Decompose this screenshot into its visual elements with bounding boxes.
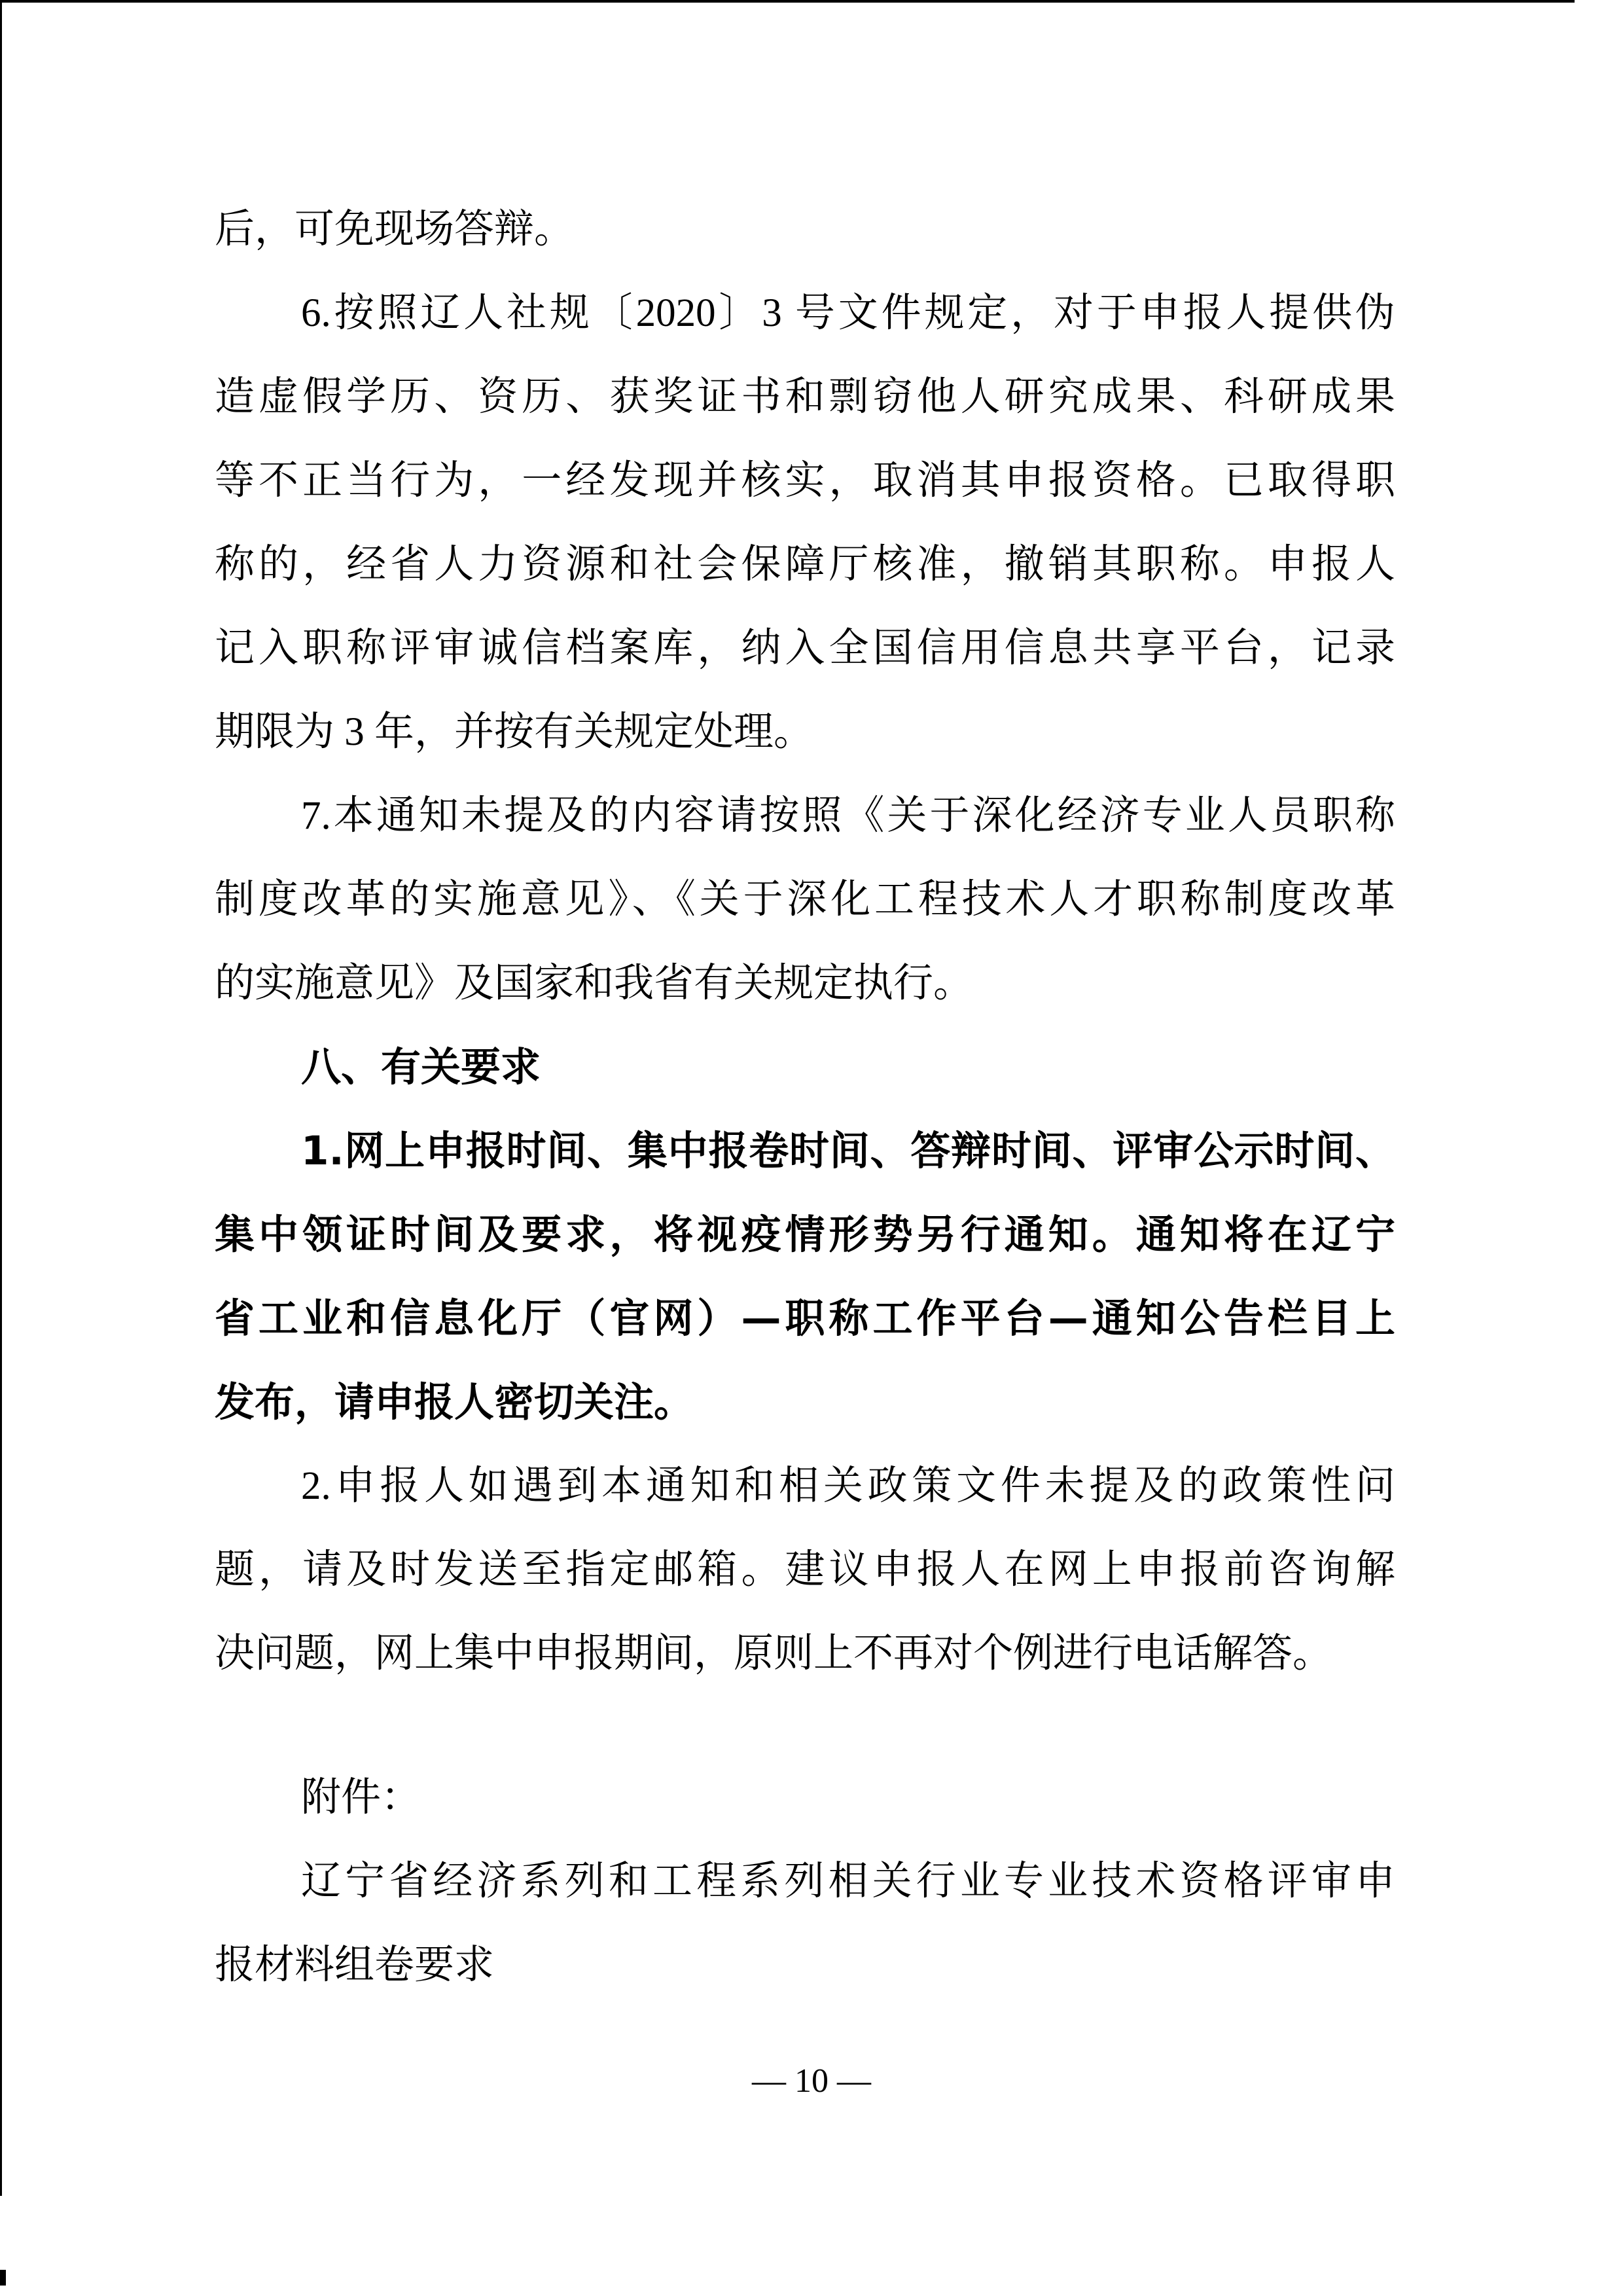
text-line: 造虚假学历、资历、获奖证书和剽窃他人研究成果、科研成果 [215,355,1395,439]
scan-artifact-bottom-tick [0,2270,6,2286]
text-line: 的实施意见》及国家和我省有关规定执行。 [215,942,1395,1026]
text-line: 1.网上申报时间、集中报卷时间、答辩时间、评审公示时间、 [215,1109,1395,1193]
document-page: { "page": { "background": "#ffffff", "te… [0,0,1623,2296]
text-line: 7.本通知未提及的内容请按照《关于深化经济专业人员职称 [215,774,1395,858]
text-line: 八、有关要求 [215,1026,1395,1109]
document-body: 后，可免现场答辩。6.按照辽人社规〔2020〕3 号文件规定，对于申报人提供伪造… [215,188,1395,2007]
text-line: 后，可免现场答辩。 [215,188,1395,272]
text-line: 称的，经省人力资源和社会保障厅核准，撤销其职称。申报人 [215,523,1395,607]
text-line: 记入职称评审诚信档案库，纳入全国信用信息共享平台，记录 [215,607,1395,691]
text-line: 附件： [215,1756,1395,1840]
text-line: 省工业和信息化厅（官网）—职称工作平台—通知公告栏目上 [215,1277,1395,1361]
text-line: 决问题，网上集中申报期间，原则上不再对个例进行电话解答。 [215,1612,1395,1696]
text-line: 辽宁省经济系列和工程系列相关行业专业技术资格评审申 [215,1840,1395,1924]
text-line: 报材料组卷要求 [215,1924,1395,2007]
text-line: 题，请及时发送至指定邮箱。建议申报人在网上申报前咨询解 [215,1528,1395,1612]
scan-artifact-top-line [0,0,1575,3]
text-line: 6.按照辽人社规〔2020〕3 号文件规定，对于申报人提供伪 [215,272,1395,355]
scan-artifact-left-line [0,0,2,2196]
text-line: 期限为 3 年，并按有关规定处理。 [215,691,1395,774]
text-line: 2.申报人如遇到本通知和相关政策文件未提及的政策性问 [215,1444,1395,1528]
page-number: — 10 — [0,2062,1623,2101]
text-line: 等不正当行为，一经发现并核实，取消其申报资格。已取得职 [215,439,1395,523]
text-line: 发布，请申报人密切关注。 [215,1361,1395,1444]
text-line: 集中领证时间及要求，将视疫情形势另行通知。通知将在辽宁 [215,1193,1395,1277]
text-line: 制度改革的实施意见》、《关于深化工程技术人才职称制度改革 [215,858,1395,942]
